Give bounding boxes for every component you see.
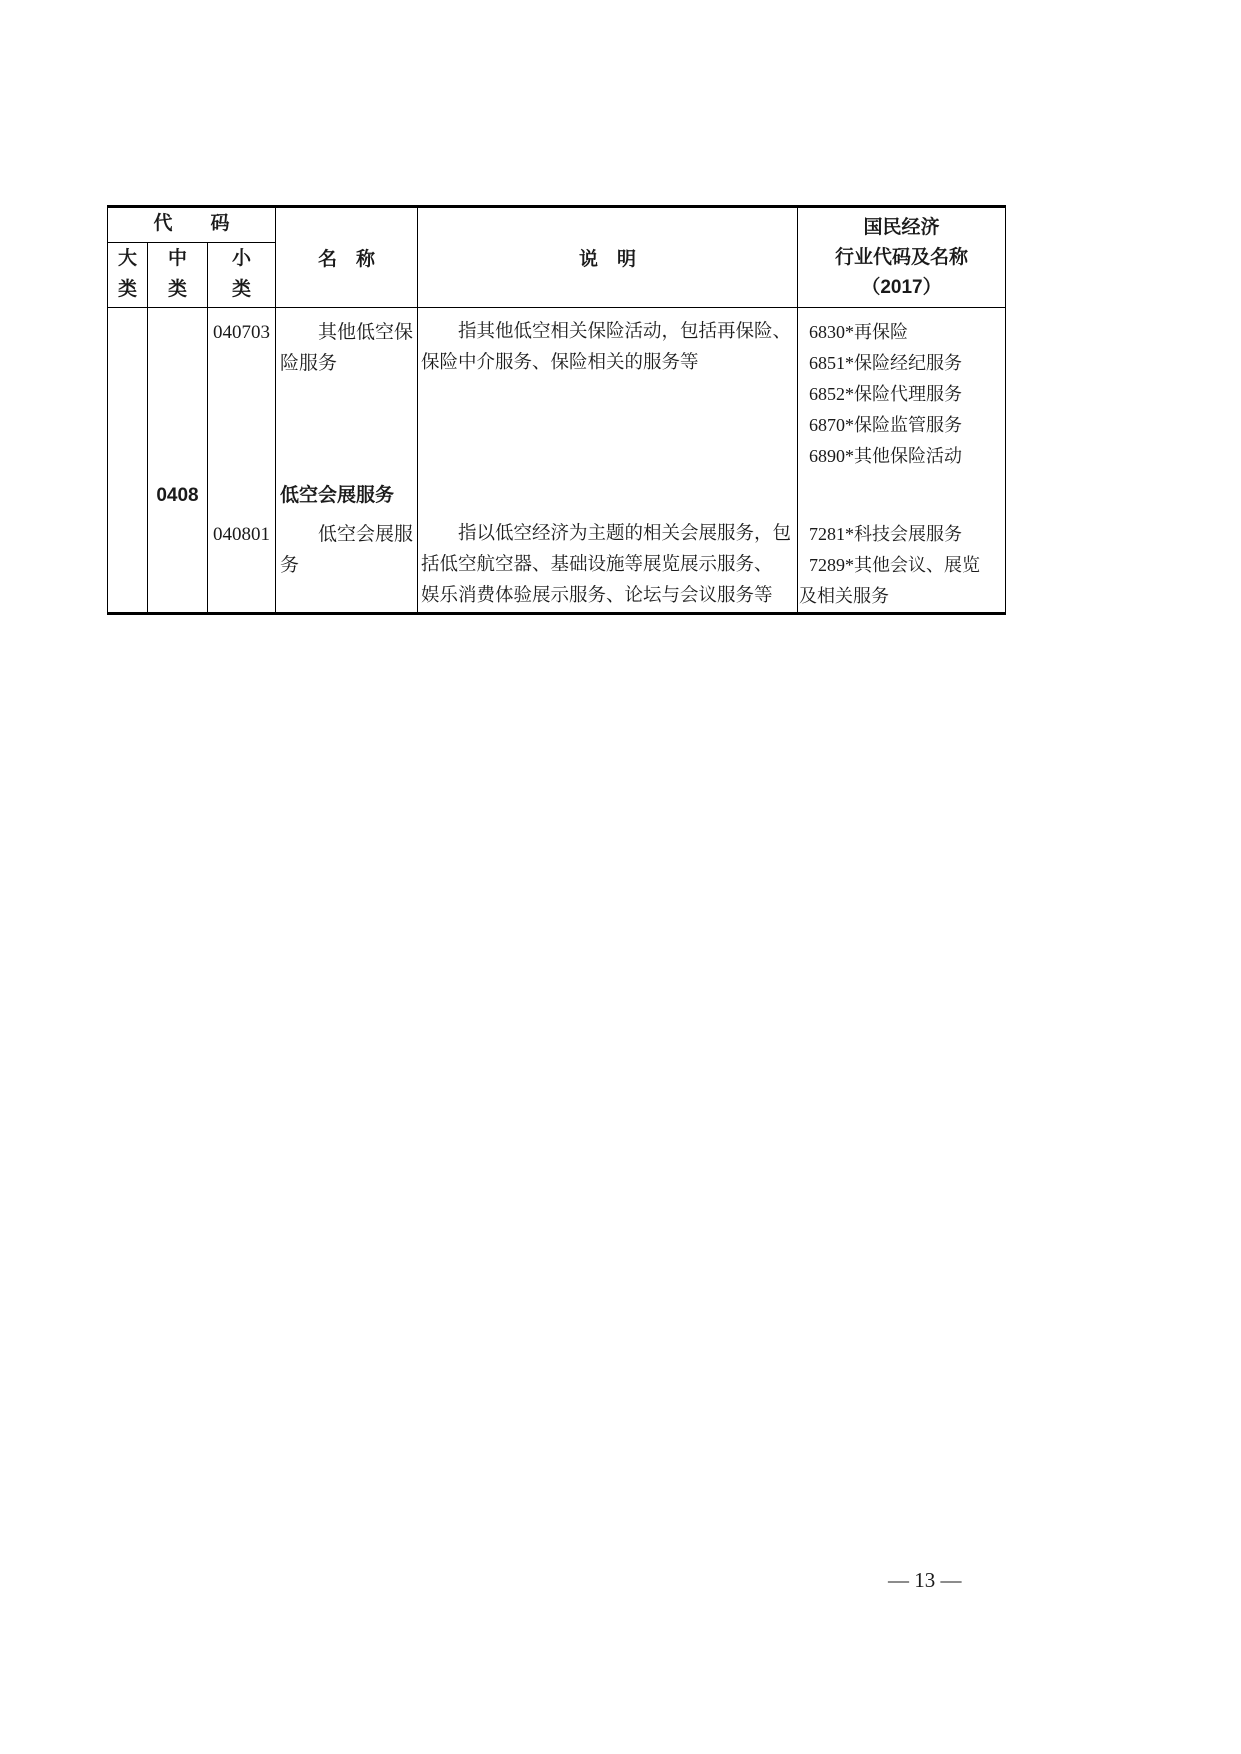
document-page: 代 码 名 称 说 明 国民经济 行业代码及名称 （2017） 大 类 中 类 … [0,0,1241,1754]
cell-mid-class: 0408 [148,308,208,614]
industry-codes: 6830*再保险 6851*保险经纪服务 6852*保险代理服务 6870*保险… [798,317,1005,472]
header-mid-class: 中 类 [148,243,208,308]
table-body-row: 0408 040703 040801 其他低空保 险服务 低空会展服务 低空会展… [108,308,1006,614]
header-small-class: 小 类 [208,243,276,308]
classification-table: 代 码 名 称 说 明 国民经济 行业代码及名称 （2017） 大 类 中 类 … [107,205,1006,615]
cell-name: 其他低空保 险服务 低空会展服务 低空会展服 务 [276,308,418,614]
description-text: 指以低空经济为主题的相关会展服务，包 括低空航空器、基础设施等展览展示服务、 娱… [418,519,797,612]
industry-codes: 7281*科技会展服务 7289*其他会议、展览 [798,519,1005,581]
cell-small-class: 040703 040801 [208,308,276,614]
mid-class-code: 0408 [148,480,207,511]
cell-major-class [108,308,148,614]
header-description: 说 明 [418,207,798,308]
header-major-class: 大 类 [108,243,148,308]
small-class-code: 040801 [208,519,275,550]
small-class-name: 低空会展服 务 [276,519,417,581]
mid-class-name: 低空会展服务 [276,480,417,511]
description-text: 指其他低空相关保险活动，包括再保险、 保险中介服务、保险相关的服务等 [418,317,797,379]
cell-industry-codes: 6830*再保险 6851*保险经纪服务 6852*保险代理服务 6870*保险… [798,308,1006,614]
header-industry-code: 国民经济 行业代码及名称 （2017） [798,207,1006,308]
cell-description: 指其他低空相关保险活动，包括再保险、 保险中介服务、保险相关的服务等 指以低空经… [418,308,798,614]
header-code: 代 码 [108,207,276,243]
small-class-name: 其他低空保 险服务 [276,317,417,379]
small-class-code: 040703 [208,317,275,348]
industry-codes-continuation: 及相关服务 [798,581,1005,612]
header-name: 名 称 [276,207,418,308]
